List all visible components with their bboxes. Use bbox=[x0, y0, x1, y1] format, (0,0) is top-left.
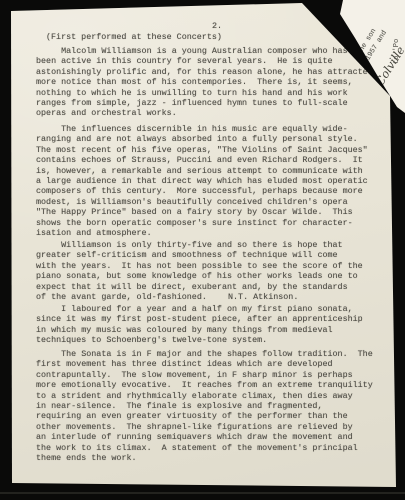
performance-note: (First performed at these Concerts) bbox=[46, 32, 222, 42]
fold-typed-text: The son1957 and bbox=[355, 23, 390, 62]
paragraph-composer-statement: I laboured for a year and a half on my f… bbox=[36, 304, 363, 346]
page-number: 2. bbox=[212, 21, 222, 31]
fold-edge-text: to 'Po bbox=[393, 39, 401, 64]
author-attribution: N.T. Atkinson. bbox=[228, 292, 298, 302]
paragraph-composer-introduction: Malcolm Williamson is a young Australian… bbox=[36, 46, 373, 119]
scanned-document: 2. (First performed at these Concerts) M… bbox=[0, 0, 405, 500]
scan-artifact-line bbox=[0, 492, 405, 494]
paragraph-operas: The influences discernible in his music … bbox=[36, 124, 368, 238]
paragraph-assessment: Williamson is only thirty-five and so th… bbox=[36, 240, 363, 302]
paragraph-sonata-description: The Sonata is in F major and the shapes … bbox=[36, 349, 373, 463]
document-page: 2. (First performed at these Concerts) M… bbox=[0, 0, 405, 500]
